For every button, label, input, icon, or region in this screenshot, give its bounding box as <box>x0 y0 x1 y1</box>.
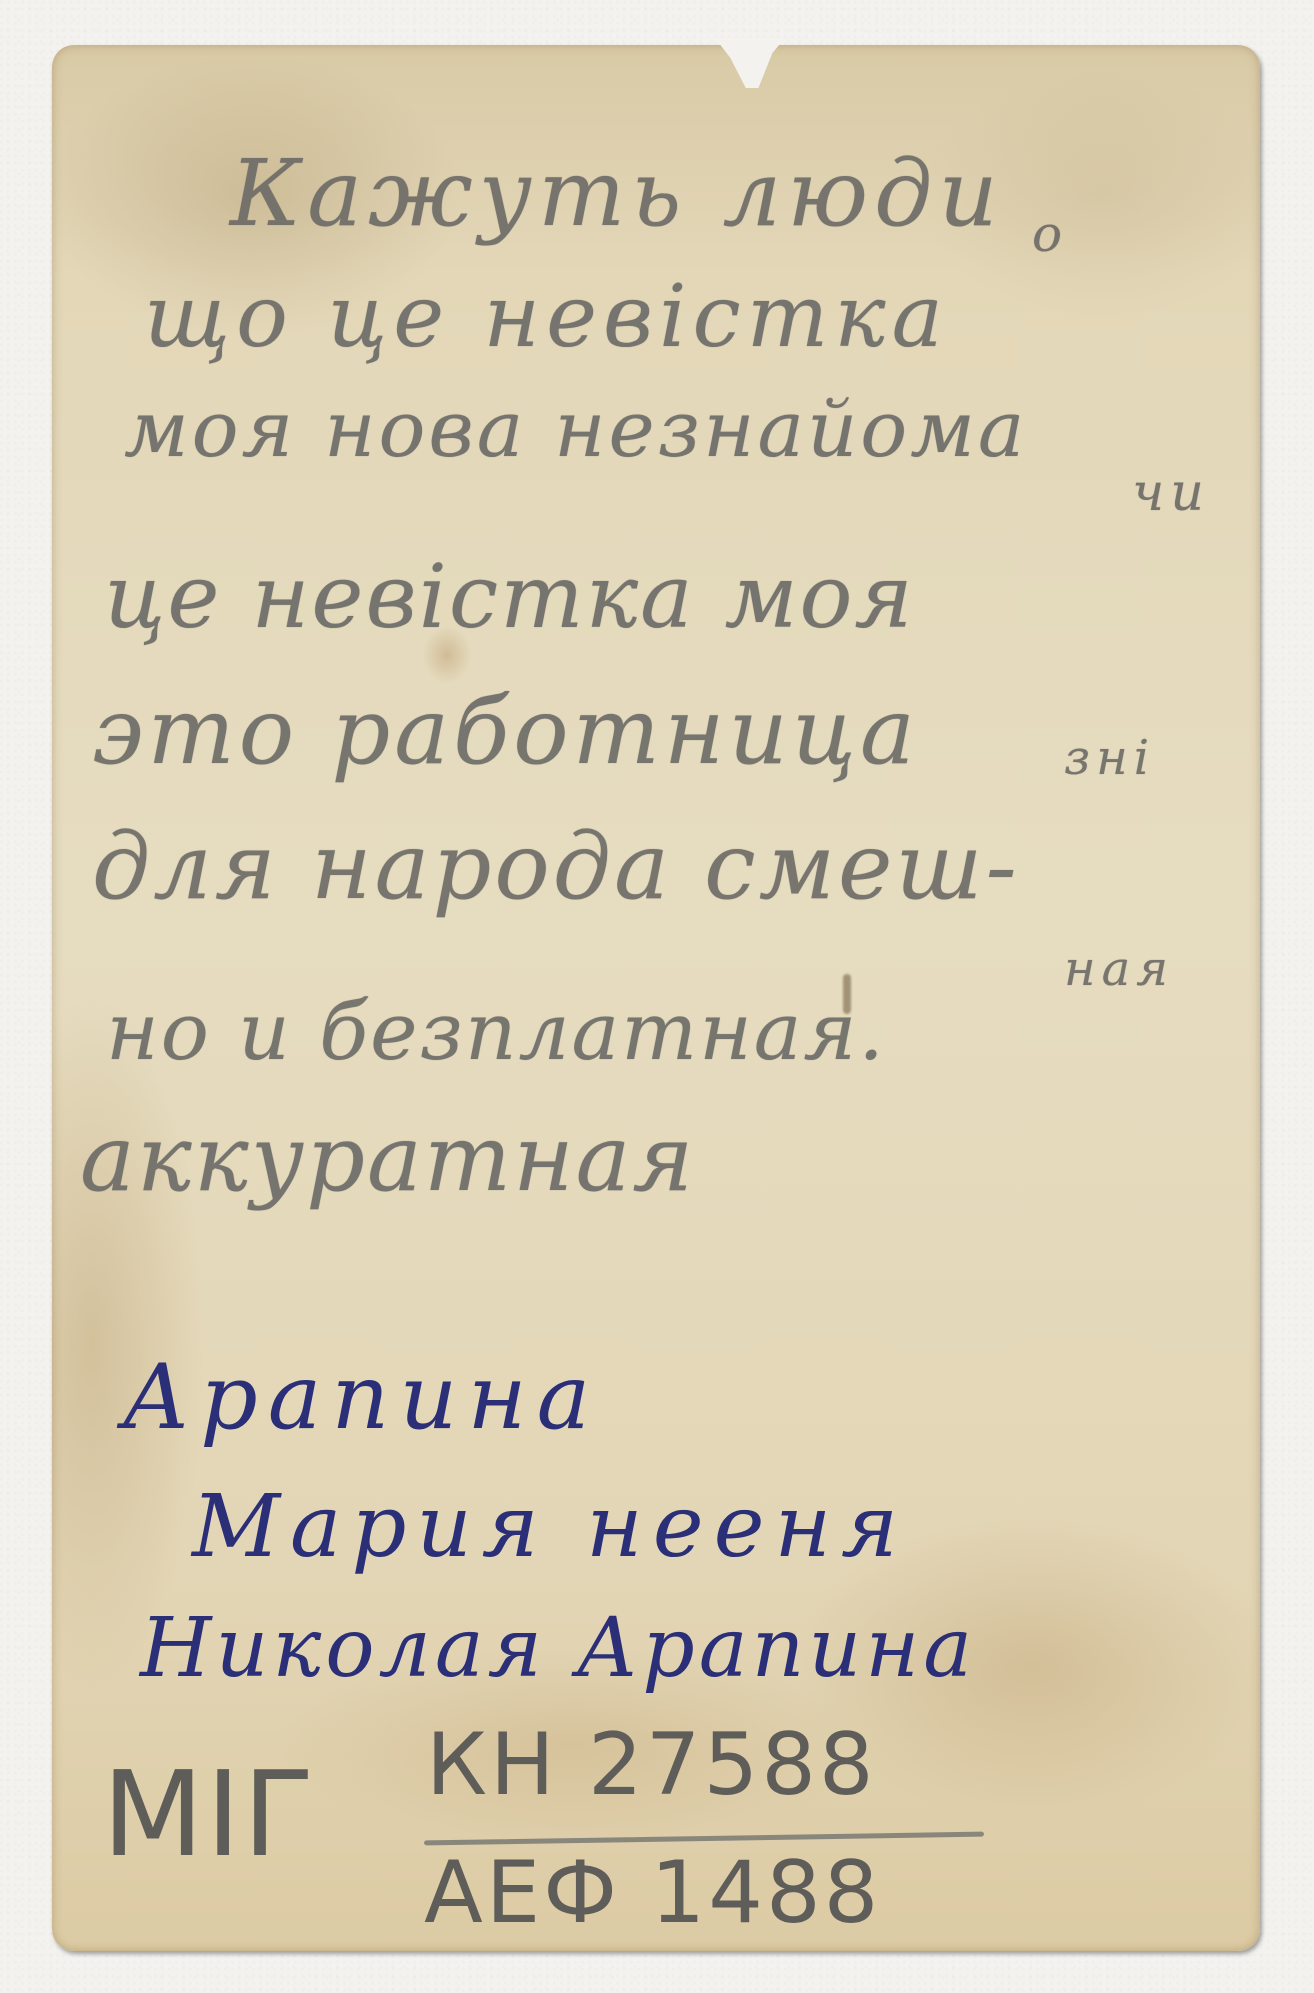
collection-code: МІГ <box>102 1745 317 1883</box>
ink-line-husband: Николая Арапина <box>140 1601 976 1696</box>
pencil-insert-5: зні <box>1064 730 1155 786</box>
pencil-line-8: аккуратная <box>80 1105 695 1212</box>
pencil-line-6: для народа смеш- <box>92 813 1020 920</box>
pencil-line-3: моя нова незнайома <box>124 385 1027 475</box>
ink-line-given-name: Мария нееня <box>192 1477 908 1577</box>
pencil-line-7: но и безплатная. <box>106 985 886 1078</box>
pencil-insert-3: чи <box>1132 463 1210 523</box>
pencil-line-5: это работница <box>92 678 919 785</box>
pencil-insert-1: о <box>1032 205 1068 263</box>
inventory-number: КН 27588 <box>426 1715 877 1815</box>
ink-line-surname: Арапина <box>122 1345 600 1450</box>
archive-number: АЕФ 1488 <box>424 1843 881 1943</box>
pencil-line-4: це невістка моя <box>104 545 915 648</box>
pencil-line-2: що це невістка <box>144 267 949 367</box>
pencil-line-1: Кажуть люди <box>230 140 1004 247</box>
photo-card-reverse: Кажуть люди о що це невістка моя нова не… <box>52 45 1260 1951</box>
pencil-insert-6: ная <box>1064 941 1174 997</box>
